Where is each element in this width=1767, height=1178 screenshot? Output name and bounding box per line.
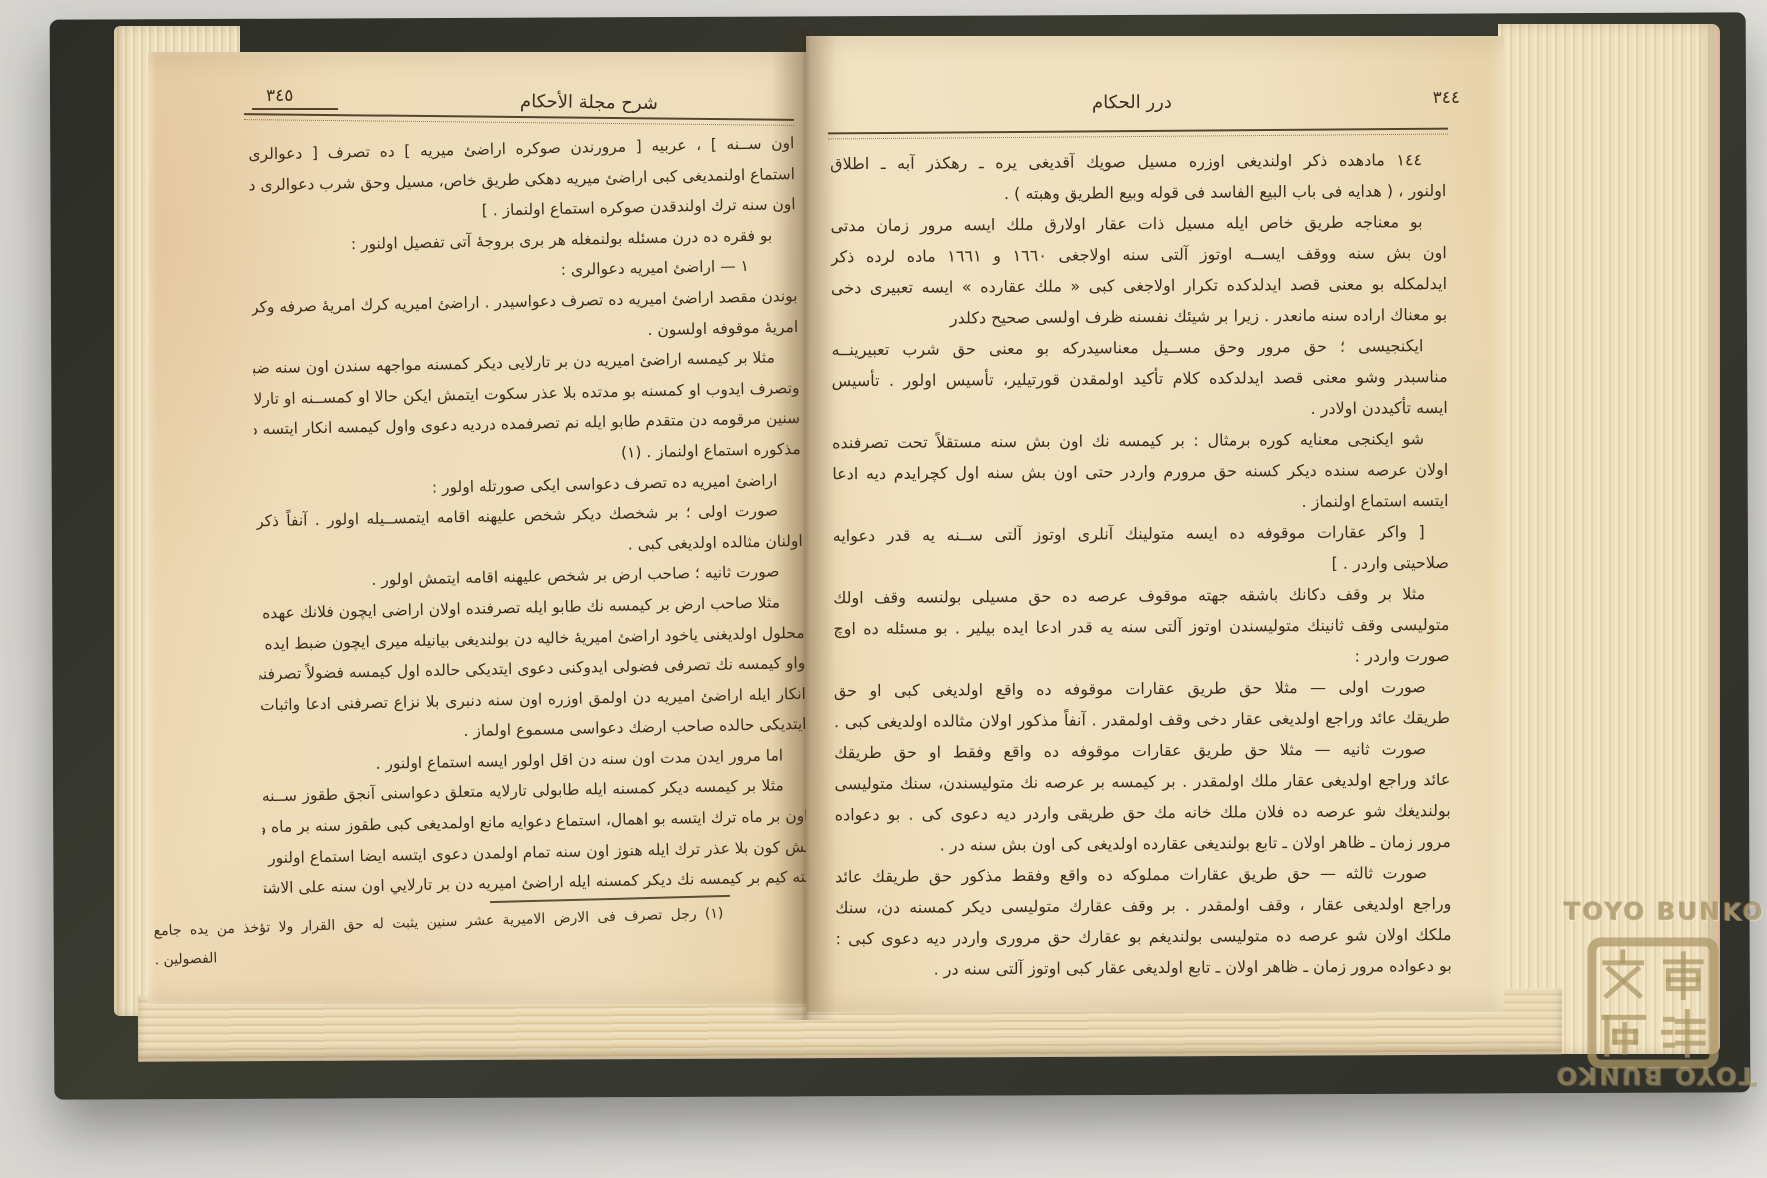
right-page-text-line: صورت ثانيه — مثلا حق طريق عقارات موقوفه … <box>834 733 1450 768</box>
photo-of-open-book: { "photo": { "backdrop_color": "#dedcd7"… <box>0 0 1767 1178</box>
right-page-text-line: مثلا بر وقف دكانك باشقه جهته موقوف عرصه … <box>833 578 1449 613</box>
right-page-text-line: صورت واردر : <box>833 640 1449 675</box>
right-page-text-line: ايسه تأكيددن اولادر . <box>832 392 1448 427</box>
left-page-number: ٣٤٥ <box>266 86 293 106</box>
left-page-header-title: شرح مجلة الأحكام <box>520 91 658 114</box>
right-page-text-line: بو معناجه طريق خاص ايله مسيل ذات عقار او… <box>830 206 1446 241</box>
right-page-text-line: ايدلمكله بو معنى قصد ايدلدكده تكرار اولا… <box>831 268 1447 303</box>
page-edge-stack-right <box>1498 24 1720 1054</box>
right-page-text-line: اولان عرصه سنده ديكر كسنه حق مرورم واردر… <box>832 454 1448 489</box>
right-page-text-line: متوليسى وقف ثانينك متوليسندن اوتوز آلتى … <box>833 609 1449 644</box>
right-page-text-line: بو معناك اراده سنه مانعدر . زيرا بر شيئك… <box>831 299 1447 334</box>
right-page-text-line: مناسبدر وشو معنى قصد ايدلدكده كلام تأكيد… <box>832 361 1448 396</box>
right-page-text-line: ١٤٤ مادهده ذكر اولنديغى اوزره مسيل صويك … <box>830 144 1446 179</box>
left-page: ٣٤٥ شرح مجلة الأحكام اون ســنه ] ، عربيه… <box>148 52 808 1004</box>
right-page-text-line: شو ايكنجى معنايه كوره برمثال : بر كيمسه … <box>832 423 1448 458</box>
right-page-text-line: اون بش سنه ووقف ايســه اوتوز آلتى سنه او… <box>831 237 1447 272</box>
right-page-body: ١٤٤ مادهده ذكر اولنديغى اوزره مسيل صويك … <box>830 144 1452 985</box>
right-page-text-line: صلاحيتى واردر . ] <box>833 547 1449 582</box>
right-page-text-line: [ واكر عقارات موقوفه ده ايسه متولينك آنل… <box>833 516 1449 551</box>
right-page-text-line: عائد وراجع اولديغى عقار ملك اولمقدر . بر… <box>834 764 1450 799</box>
left-page-footnote: (١) رجل تصرف فى الارض الاميرية عشر سنين … <box>153 899 749 976</box>
right-page-text-line: وراجع اولديغى عقار ، وقف اولمقدر . بر وق… <box>835 888 1451 923</box>
right-page-text-line: بو دعواده مرور زمان ـ ظاهر اولان ـ تابع … <box>836 950 1452 985</box>
right-page-text-line: ملكك اولان شو عرصه ده متوليسى بولنديغم ب… <box>835 919 1451 954</box>
left-page-body: اون ســنه ] ، عربيه [ مرورندن صوكره اراض… <box>248 128 810 904</box>
right-page: درر الحكام ٣٤٤ ١٤٤ مادهده ذكر اولنديغى ا… <box>806 36 1504 1012</box>
left-page-header-rule <box>244 113 794 126</box>
right-page-header-title: درر الحكام <box>1092 92 1172 114</box>
right-page-text-line: صورت ثالثه — حق طريق عقارات مملوكه ده وا… <box>835 857 1451 892</box>
right-page-text-line: اولنور ، ( هدايه فى باب البيع الفاسد فى … <box>830 175 1446 210</box>
right-page-text-line: مرور زمان ـ ظاهر اولان ـ تابع بولنديغى ع… <box>835 826 1451 861</box>
right-page-text-line: طريقك عائد وراجع اولديغى عقار دخى وقف او… <box>834 702 1450 737</box>
right-page-text-line: ايتسه استماع اولنماز . <box>832 485 1448 520</box>
right-page-text-line: ايكنجيسى ؛ حق مرور وحق مســيل معناسيدركه… <box>831 330 1447 365</box>
right-page-number: ٣٤٤ <box>1433 88 1460 108</box>
right-page-text-line: بولنديغك شو عرصه ده فلان ملك خانه مك حق … <box>835 795 1451 830</box>
right-page-text-line: صورت اولى — مثلا حق طريق عقارات موقوفه د… <box>834 671 1450 706</box>
right-page-header-rule <box>828 128 1448 140</box>
book: ٣٤٥ شرح مجلة الأحكام اون ســنه ] ، عربيه… <box>0 0 1767 1178</box>
